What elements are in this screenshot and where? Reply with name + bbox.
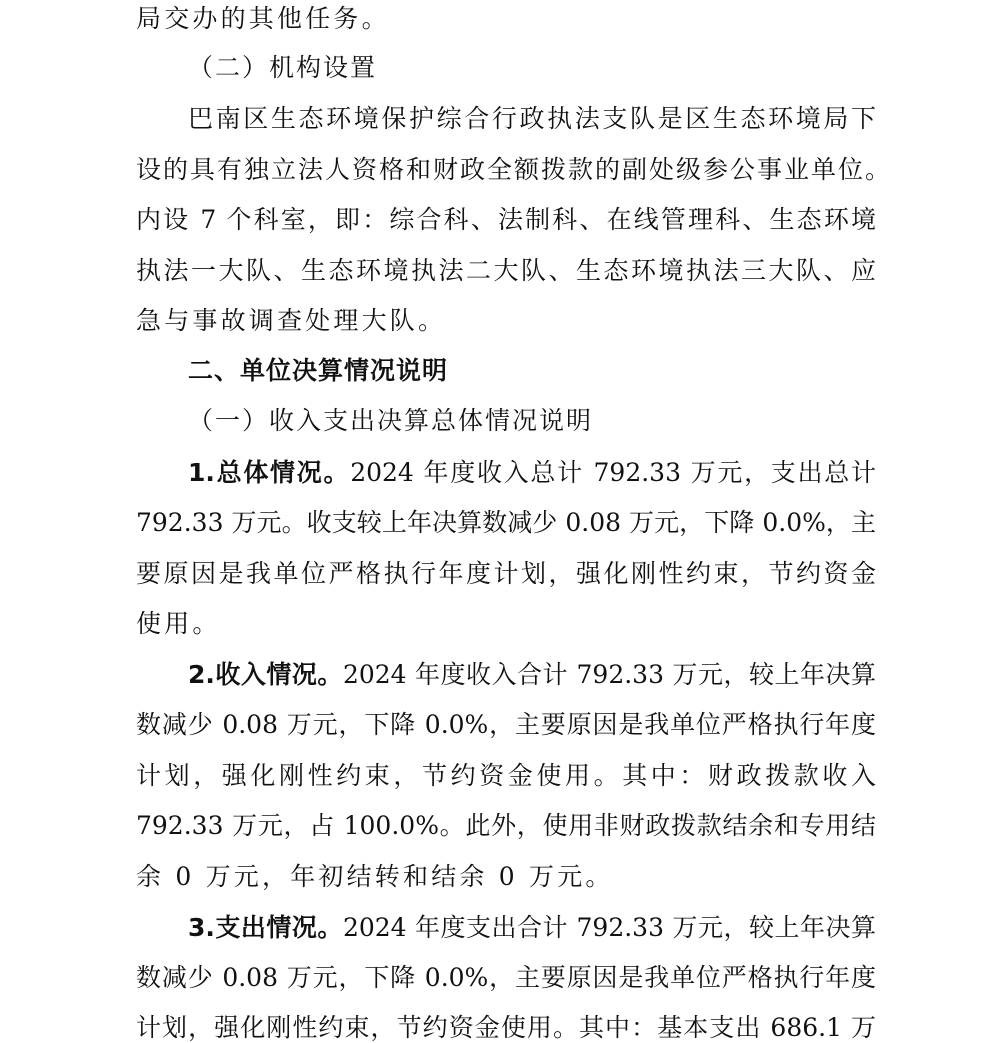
paragraph-line: 局交办的其他任务。 [136,2,876,36]
line-text: 数减少 0.08 万元，下降 0.0%，主要原因是我单位严格执行年度 [136,963,876,992]
line-text: 792.33 万元。收支较上年决算数减少 0.08 万元，下降 0.0%，主 [136,508,876,537]
paragraph-line: 数减少 0.08 万元，下降 0.0%，主要原因是我单位严格执行年度 [136,961,876,995]
line-text: 2024 年度收入总计 792.33 万元，支出总计 [350,458,876,487]
paragraph-line: 巴南区生态环境保护综合行政执法支队是区生态环境局下 [188,102,876,136]
heading-text: （二）机构设置 [188,53,377,82]
line-text: 要原因是我单位严格执行年度计划，强化刚性约束，节约资金 [136,559,876,588]
line-text: 巴南区生态环境保护综合行政执法支队是区生态环境局下 [188,104,876,133]
paragraph-lead: 3.支出情况。 [188,913,343,942]
line-text: 局交办的其他任务。 [136,4,390,33]
line-text: 792.33 万元，占 100.0%。此外，使用非财政拨款结余和专用结 [136,811,876,840]
line-text: 余 0 万元，年初结转和结余 0 万元。 [136,862,614,891]
paragraph-line-expenditure: 3.支出情况。2024 年度支出合计 792.33 万元，较上年决算 [188,911,876,945]
line-text: 内设 7 个科室，即：综合科、法制科、在线管理科、生态环境 [136,205,876,234]
line-text: 执法一大队、生态环境执法二大队、生态环境执法三大队、应 [136,256,876,285]
paragraph-line: 急与事故调查处理大队。 [136,304,876,338]
section-heading-institution: （二）机构设置 [188,51,928,85]
paragraph-lead: 2.收入情况。 [188,660,343,689]
line-text: 急与事故调查处理大队。 [136,306,446,335]
paragraph-line-overall: 1.总体情况。2024 年度收入总计 792.33 万元，支出总计 [188,456,876,490]
line-text: 2024 年度收入合计 792.33 万元，较上年决算 [343,660,876,689]
line-text: 2024 年度支出合计 792.33 万元，较上年决算 [343,913,876,942]
heading-text: （一）收入支出决算总体情况说明 [188,406,593,435]
line-text: 使用。 [136,609,221,638]
line-text: 计划，强化刚性约束，节约资金使用。其中：基本支出 686.1 万 [136,1013,876,1042]
subsection-heading-overview: （一）收入支出决算总体情况说明 [188,404,928,438]
paragraph-lead: 1.总体情况。 [188,458,350,487]
document-page: 局交办的其他任务。 （二）机构设置 巴南区生态环境保护综合行政执法支队是区生态环… [0,0,1000,1043]
paragraph-line: 数减少 0.08 万元，下降 0.0%，主要原因是我单位严格执行年度 [136,708,876,742]
paragraph-line: 792.33 万元。收支较上年决算数减少 0.08 万元，下降 0.0%，主 [136,506,876,540]
line-text: 数减少 0.08 万元，下降 0.0%，主要原因是我单位严格执行年度 [136,710,876,739]
paragraph-line: 使用。 [136,607,876,641]
paragraph-line: 792.33 万元，占 100.0%。此外，使用非财政拨款结余和专用结 [136,809,876,843]
paragraph-line: 设的具有独立法人资格和财政全额拨款的副处级参公事业单位。 [136,153,890,187]
paragraph-line: 计划，强化刚性约束，节约资金使用。其中：财政拨款收入 [136,759,876,793]
paragraph-line: 余 0 万元，年初结转和结余 0 万元。 [136,860,876,894]
heading-text: 二、单位决算情况说明 [188,356,448,385]
line-text: 计划，强化刚性约束，节约资金使用。其中：财政拨款收入 [136,761,876,790]
section-heading-final-accounts: 二、单位决算情况说明 [188,354,928,388]
paragraph-line-income: 2.收入情况。2024 年度收入合计 792.33 万元，较上年决算 [188,658,876,692]
paragraph-line: 内设 7 个科室，即：综合科、法制科、在线管理科、生态环境 [136,203,876,237]
paragraph-line: 要原因是我单位严格执行年度计划，强化刚性约束，节约资金 [136,557,876,591]
line-text: 设的具有独立法人资格和财政全额拨款的副处级参公事业单位。 [136,155,890,184]
paragraph-line: 计划，强化刚性约束，节约资金使用。其中：基本支出 686.1 万 [136,1011,876,1043]
paragraph-line: 执法一大队、生态环境执法二大队、生态环境执法三大队、应 [136,254,876,288]
